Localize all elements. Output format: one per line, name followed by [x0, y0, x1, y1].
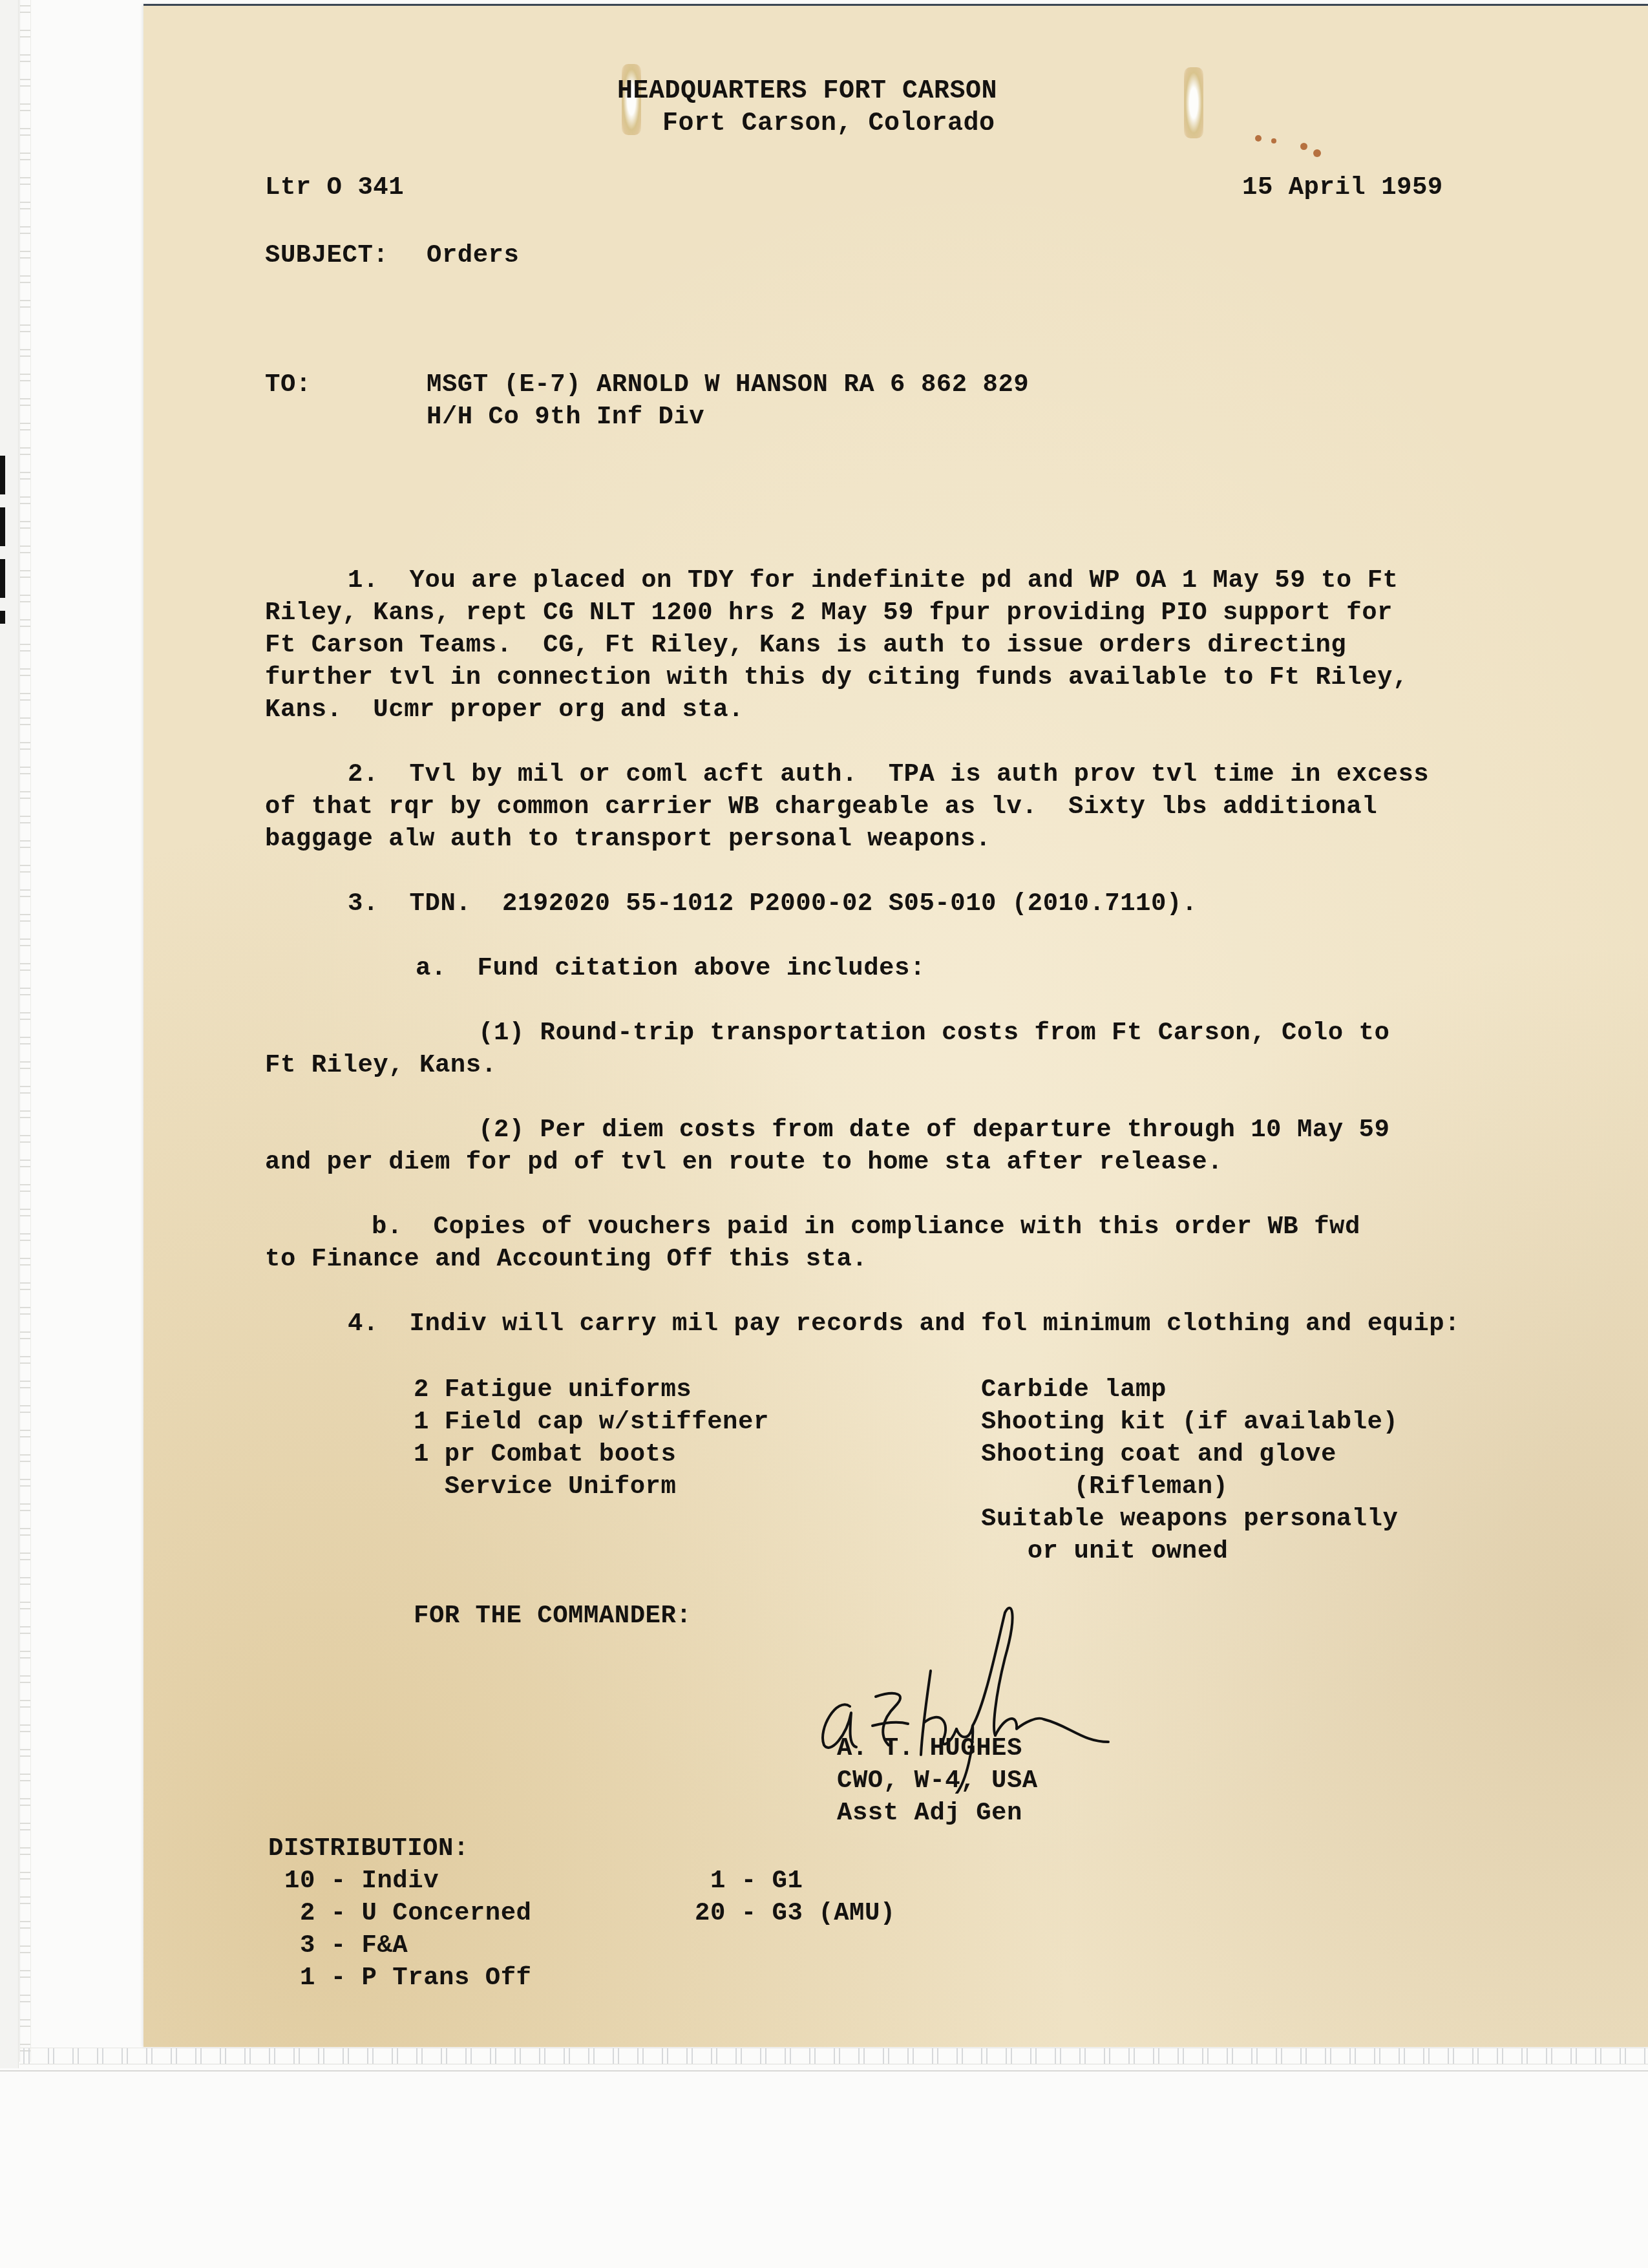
- staple-hole-right-icon: [1184, 67, 1203, 138]
- paragraph-line: Kans. Ucmr proper org and sta.: [265, 694, 744, 726]
- rust-spot: [1271, 138, 1276, 143]
- rust-spot: [1313, 149, 1321, 157]
- letterhead-title: HEADQUARTERS FORT CARSON: [617, 76, 997, 108]
- paragraph-line: 1. You are placed on TDY for indefinite …: [348, 564, 1398, 597]
- list-item: or unit owned: [981, 1535, 1228, 1567]
- paragraph-line: Ft Riley, Kans.: [265, 1049, 497, 1081]
- binder-label-mark: [0, 456, 5, 624]
- list-item: 1 - P Trans Off: [284, 1962, 531, 1994]
- paragraph-line: Ft Carson Teams. CG, Ft Riley, Kans is a…: [265, 629, 1346, 661]
- paragraph-line: Riley, Kans, rept CG NLT 1200 hrs 2 May …: [265, 597, 1393, 629]
- paragraph-3a: a. Fund citation above includes:: [416, 952, 925, 984]
- subject-label: SUBJECT:: [265, 239, 388, 271]
- paragraph-line: and per diem for pd of tvl en route to h…: [265, 1146, 1223, 1178]
- paragraph-line: baggage alw auth to transport personal w…: [265, 823, 991, 855]
- list-item: 10 - Indiv: [284, 1865, 439, 1897]
- to-label: TO:: [265, 368, 312, 401]
- sleeve-edge: [0, 0, 19, 2068]
- list-item: 1 pr Combat boots: [414, 1438, 676, 1470]
- letterhead-location: Fort Carson, Colorado: [662, 108, 995, 140]
- addressee-name: MSGT (E-7) ARNOLD W HANSON RA 6 862 829: [427, 368, 1029, 401]
- signer-title: Asst Adj Gen: [837, 1797, 1022, 1829]
- subject-value: Orders: [427, 239, 519, 271]
- list-item: Suitable weapons personally: [981, 1503, 1398, 1535]
- letter-reference: Ltr O 341: [265, 171, 404, 204]
- list-item: 20 - G3 (AMU): [695, 1897, 896, 1929]
- rust-spot: [1300, 143, 1307, 150]
- paragraph-line: b. Copies of vouchers paid in compliance…: [372, 1211, 1360, 1243]
- paragraph-4: 4. Indiv will carry mil pay records and …: [348, 1308, 1460, 1340]
- list-item: Service Uniform: [414, 1470, 676, 1503]
- list-item: (Rifleman): [981, 1470, 1228, 1503]
- sleeve-perforation-left: [19, 0, 31, 2062]
- sleeve-perforation-bottom: [19, 2048, 1648, 2064]
- list-item: 1 Field cap w/stiffener: [414, 1406, 769, 1438]
- paragraph-line: of that rqr by common carrier WB chargea…: [265, 790, 1377, 823]
- paragraph-3-tdn: 3. TDN. 2192020 55-1012 P2000-02 S05-010…: [348, 887, 1198, 920]
- paragraph-line: (1) Round-trip transportation costs from…: [478, 1017, 1389, 1049]
- letter-date: 15 April 1959: [1242, 171, 1443, 204]
- paragraph-line: to Finance and Accounting Off this sta.: [265, 1243, 867, 1275]
- list-item: Carbide lamp: [981, 1373, 1167, 1406]
- list-item: 2 Fatigue uniforms: [414, 1373, 692, 1406]
- list-item: Shooting coat and glove: [981, 1438, 1336, 1470]
- sleeve-bottom-edge: [0, 2070, 1648, 2072]
- list-item: 3 - F&A: [284, 1929, 408, 1962]
- paragraph-line: 2. Tvl by mil or coml acft auth. TPA is …: [348, 758, 1429, 790]
- paragraph-line: (2) Per diem costs from date of departur…: [478, 1114, 1389, 1146]
- rust-spot: [1255, 135, 1262, 142]
- closing-line: FOR THE COMMANDER:: [414, 1600, 692, 1632]
- distribution-label: DISTRIBUTION:: [268, 1832, 469, 1865]
- list-item: 1 - G1: [695, 1865, 803, 1897]
- list-item: 2 - U Concerned: [284, 1897, 531, 1929]
- signer-name: A. T. HUGHES: [837, 1732, 1022, 1765]
- paragraph-line: further tvl in connection with this dy c…: [265, 661, 1408, 694]
- signer-rank: CWO, W-4, USA: [837, 1765, 1038, 1797]
- list-item: Shooting kit (if available): [981, 1406, 1398, 1438]
- addressee-unit: H/H Co 9th Inf Div: [427, 401, 704, 433]
